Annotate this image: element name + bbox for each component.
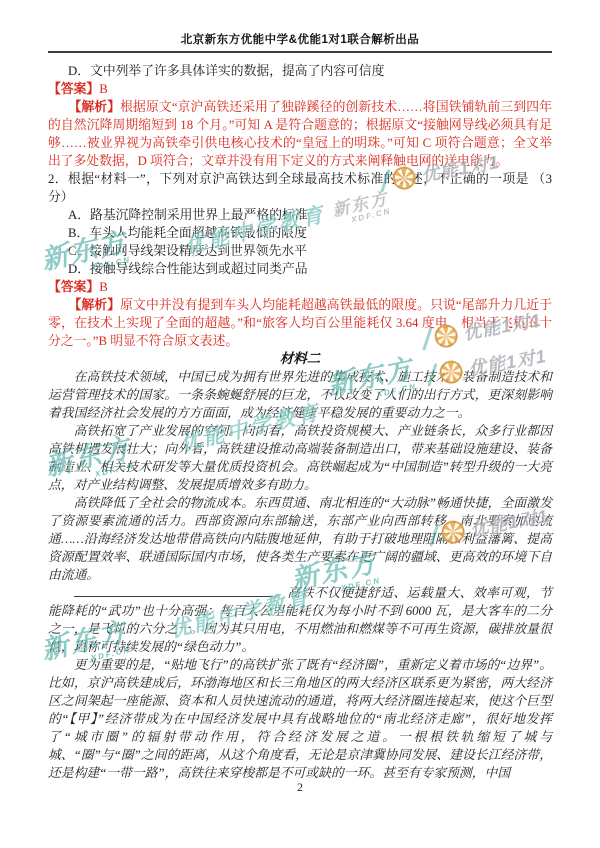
material2-paragraph-1: 在高铁技术领域，中国已成为拥有世界先进的集成技术、施工技术、装备制造技术和运营管…	[48, 368, 552, 422]
material2-paragraph-3: 高铁降低了全社会的物流成本。东西贯通、南北相连的“大动脉”畅通快捷，全面激发了资…	[48, 494, 552, 584]
analysis-label: 【解析】	[68, 100, 120, 114]
q2-analysis: 【解析】原文中并没有提到车头人均能耗超越高铁最低的限度。只说“尾部升力几近于零，…	[48, 296, 552, 350]
material2-paragraph-2: 高铁拓宽了产业发展的空间。向内看，高铁投资规模大、产业链条长，众多行业都因高铁机…	[48, 422, 552, 494]
q1-answer-value: B	[99, 82, 108, 96]
q1-analysis-text: 根据原文“京沪高铁还采用了独辟蹊径的创新技术……将国铁铺轨前三到四年的自然沉降周…	[48, 100, 552, 168]
material2-paragraph-5: 更为重要的是，“贴地飞行”的高铁扩张了既有“经济圈”，重新定义着市场的“边界”。…	[48, 656, 552, 782]
material2-paragraph-4: 。高铁不仅便捷舒适、运载量大、效率可观，节能降耗的“武功”也十分高强：每百人公里…	[48, 584, 552, 656]
q1-answer-line: 【答案】B	[48, 80, 552, 98]
material2-title: 材料二	[48, 350, 552, 368]
q2-stem: 2．根据“材料一”，下列对京沪高铁达到全球最高技术标准的表述，不正确的一项是 （…	[48, 170, 552, 206]
analysis-label: 【解析】	[68, 298, 120, 312]
q2-answer-line: 【答案】B	[48, 278, 552, 296]
document-page: 北京新东方优能中学&优能1对1联合解析出品 D．文中列举了许多具体详实的数据，提…	[0, 0, 600, 848]
q2-analysis-text: 原文中并没有提到车头人均能耗超越高铁最低的限度。只说“尾部升力几近于零，在技术上…	[48, 298, 552, 348]
answer-label: 【答案】	[48, 280, 99, 294]
fill-in-blank	[74, 584, 274, 597]
q2-option-a: A．路基沉降控制采用世界上最严格的标准	[48, 206, 552, 224]
q1-analysis: 【解析】根据原文“京沪高铁还采用了独辟蹊径的创新技术……将国铁铺轨前三到四年的自…	[48, 98, 552, 170]
page-number: 2	[0, 780, 600, 795]
q2-option-b: B．车头人均能耗全面超越高铁最低的限度	[48, 224, 552, 242]
q2-option-d: D．接触导线综合性能达到或超过同类产品	[48, 260, 552, 278]
q2-option-c: C．接触网导线架设精度达到世界领先水平	[48, 242, 552, 260]
content-area: D．文中列举了许多具体详实的数据，提高了内容可信度 【答案】B 【解析】根据原文…	[48, 62, 552, 782]
answer-label: 【答案】	[48, 82, 99, 96]
q1-option-d: D．文中列举了许多具体详实的数据，提高了内容可信度	[48, 62, 552, 80]
header-title: 北京新东方优能中学&优能1对1联合解析出品	[0, 0, 600, 47]
header-rule	[48, 51, 552, 53]
q2-answer-value: B	[99, 280, 108, 294]
